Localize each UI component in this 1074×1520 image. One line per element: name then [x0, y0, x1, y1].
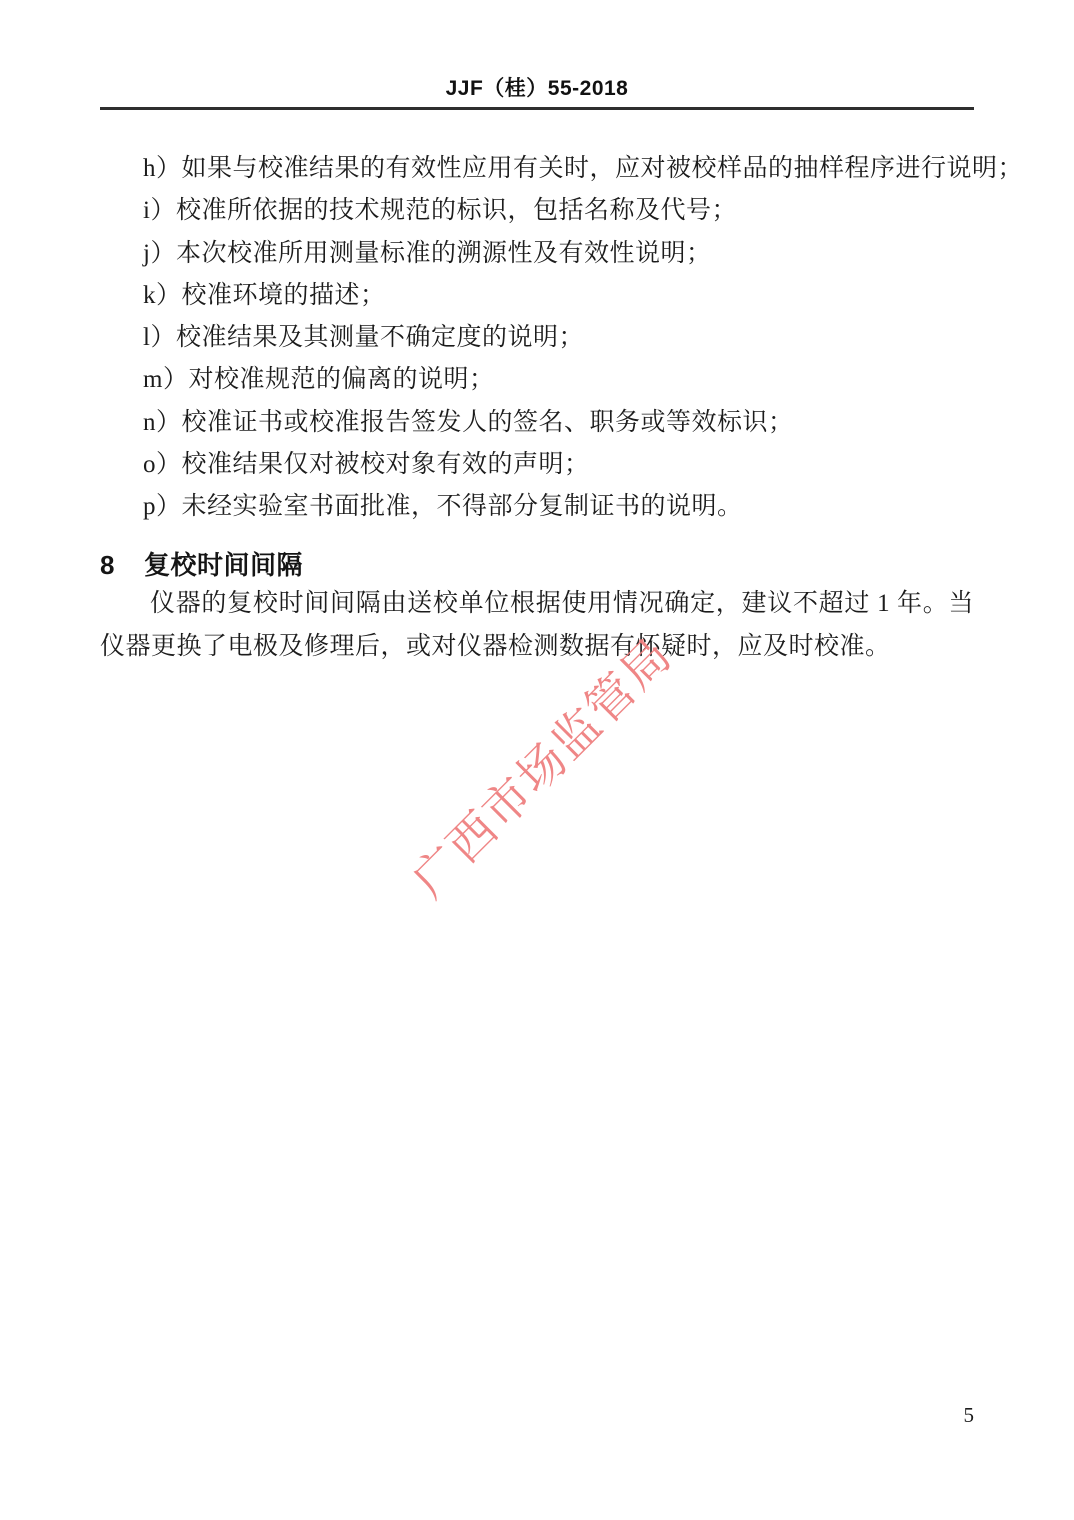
body-paragraph: 仪器的复校时间间隔由送校单位根据使用情况确定，建议不超过 1 年。当仪器更换了电…: [100, 583, 974, 668]
list-item: l）校准结果及其测量不确定度的说明；: [143, 317, 974, 359]
list-item: m）对校准规范的偏离的说明；: [143, 359, 974, 401]
document-page: JJF（桂）55-2018 h）如果与校准结果的有效性应用有关时，应对被校样品的…: [0, 0, 1074, 1520]
page-number: 5: [964, 1403, 975, 1428]
item-list: h）如果与校准结果的有效性应用有关时，应对被校样品的抽样程序进行说明； i）校准…: [143, 148, 974, 529]
list-item: p）未经实验室书面批准，不得部分复制证书的说明。: [143, 486, 974, 528]
list-item: h）如果与校准结果的有效性应用有关时，应对被校样品的抽样程序进行说明；: [143, 148, 974, 190]
section-title: 复校时间间隔: [144, 550, 303, 580]
list-item: i）校准所依据的技术规范的标识，包括名称及代号；: [143, 190, 974, 232]
section-number: 8: [100, 550, 115, 581]
page-header: JJF（桂）55-2018: [100, 72, 974, 110]
list-item: o）校准结果仅对被校对象有效的声明；: [143, 444, 974, 486]
list-item: j）本次校准所用测量标准的溯源性及有效性说明；: [143, 233, 974, 275]
header-title: JJF（桂）55-2018: [446, 77, 629, 100]
list-item: k）校准环境的描述；: [143, 275, 974, 317]
list-item: n）校准证书或校准报告签发人的签名、职务或等效标识；: [143, 402, 974, 444]
section-heading: 8复校时间间隔: [100, 545, 303, 582]
